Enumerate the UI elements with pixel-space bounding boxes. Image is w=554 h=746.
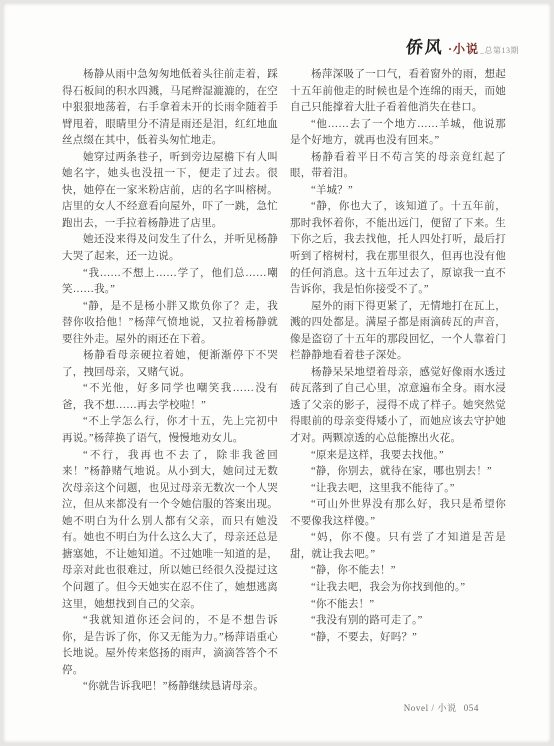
magazine-logo: 侨风 (405, 33, 445, 58)
issue-label: _总第13期 (480, 45, 519, 56)
magazine-page: 侨风 ·小说 _总第13期 杨静从雨中急匆匆地低着头往前走着，踩得石板间的积水四… (3, 3, 551, 743)
paragraph: “静，你不能去！” (290, 563, 506, 580)
paragraph: “我就知道你还会问的，不是不想告诉你，是告诉了你，你又无能为力。”杨萍语重心长地… (62, 613, 278, 679)
paragraph: “我……不想上……学了，他们总……嘲笑……我。” (62, 266, 278, 299)
paragraph: “原来是这样，我要去找他。” (290, 448, 506, 465)
paragraph: 杨静看着平日不苟言笑的母亲竟红起了眼，带着泪。 (290, 150, 506, 183)
section-label: ·小说 (448, 40, 479, 57)
paragraph: “我没有别的路可走了。” (290, 613, 506, 630)
footer-page-number: 054 (464, 703, 479, 713)
paragraph: 杨静呆呆地望着母亲，感觉好像雨水透过砖瓦落到了自己心里，凉意遍布全身。雨水浸透了… (290, 365, 506, 448)
paragraph: “可山外世界没有那么好，我只是希望你不要像我这样傻。” (290, 497, 506, 530)
magazine-header: 侨风 ·小说 _总第13期 (406, 33, 519, 58)
paragraph: 杨静看母亲硬拉着她，便渐渐停下不哭了，拽回母亲，又赌气说。 (62, 348, 278, 381)
paragraph: 她穿过两条巷子，听到旁边屋檐下有人叫她名字，她头也没扭一下，便走了过去。很快，她… (62, 150, 278, 233)
paragraph: “让我去吧，我会为你找到他的。” (290, 580, 506, 597)
paragraph: “静，不要去，好吗？” (290, 630, 506, 647)
text-body: 杨静从雨中急匆匆地低着头往前走着，踩得石板间的积水四溅，马尾辫湿漉漉的，在空中狠… (62, 67, 506, 696)
paragraph: “静，你别去，就待在家，哪也别去！” (290, 464, 506, 481)
paragraph: 她还没来得及问发生了什么，并听见杨静大哭了起来，还一边说。 (62, 232, 278, 265)
paragraph: “不上学怎么行，你才十五，先上完初中再说。”杨萍换了语气，慢慢地劝女儿。 (62, 414, 278, 447)
paragraph: 杨萍深吸了一口气，看着窗外的雨，想起十五年前他走的时候也是个连绵的雨天，而她自己… (290, 67, 506, 117)
paragraph: “你就告诉我吧！”杨静继续恳请母亲。 (62, 679, 278, 696)
text-column-left: 杨静从雨中急匆匆地低着头往前走着，踩得石板间的积水四溅，马尾辫湿漉漉的，在空中狠… (62, 67, 278, 696)
paragraph: “静，你也大了，该知道了。十五年前，那时我怀着你，不能出远门，便留了下来。生下你… (290, 199, 506, 298)
paragraph: 屋外的雨下得更紧了，无情地打在瓦上，溅的四处都是。满屋子都是雨滴砖瓦的声音，像是… (290, 299, 506, 365)
text-column-right: 杨萍深吸了一口气，看着窗外的雨，想起十五年前他走的时候也是个连绵的雨天，而她自己… (290, 67, 506, 696)
paragraph: “你不能去！” (290, 597, 506, 614)
footer-label: Novel / 小说 (404, 701, 457, 714)
paragraph: “他……去了一个地方……羊城，他说那是个好地方，就再也没有回来。” (290, 117, 506, 150)
paragraph: “不行，我再也不去了，除非我爸回来！”杨静赌气地说。从小到大，她问过无数次母亲这… (62, 448, 278, 613)
paragraph: “静，是不是杨小胖又欺负你了？走，我替你收拾他！”杨萍气愤地说，又拉着杨静就要往… (62, 299, 278, 349)
paragraph: “不光他，好多同学也嘲笑我……没有爸，我不想……再去学校啦！” (62, 381, 278, 414)
paragraph: 杨静从雨中急匆匆地低着头往前走着，踩得石板间的积水四溅，马尾辫湿漉漉的，在空中狠… (62, 67, 278, 150)
paragraph: “羊城？” (290, 183, 506, 200)
paragraph: “妈，你不傻。只有尝了才知道是苦是甜，就让我去吧。” (290, 530, 506, 563)
paragraph: “让我去吧，这里我不能待了。” (290, 481, 506, 498)
page-footer: Novel / 小说 054 (404, 701, 479, 714)
